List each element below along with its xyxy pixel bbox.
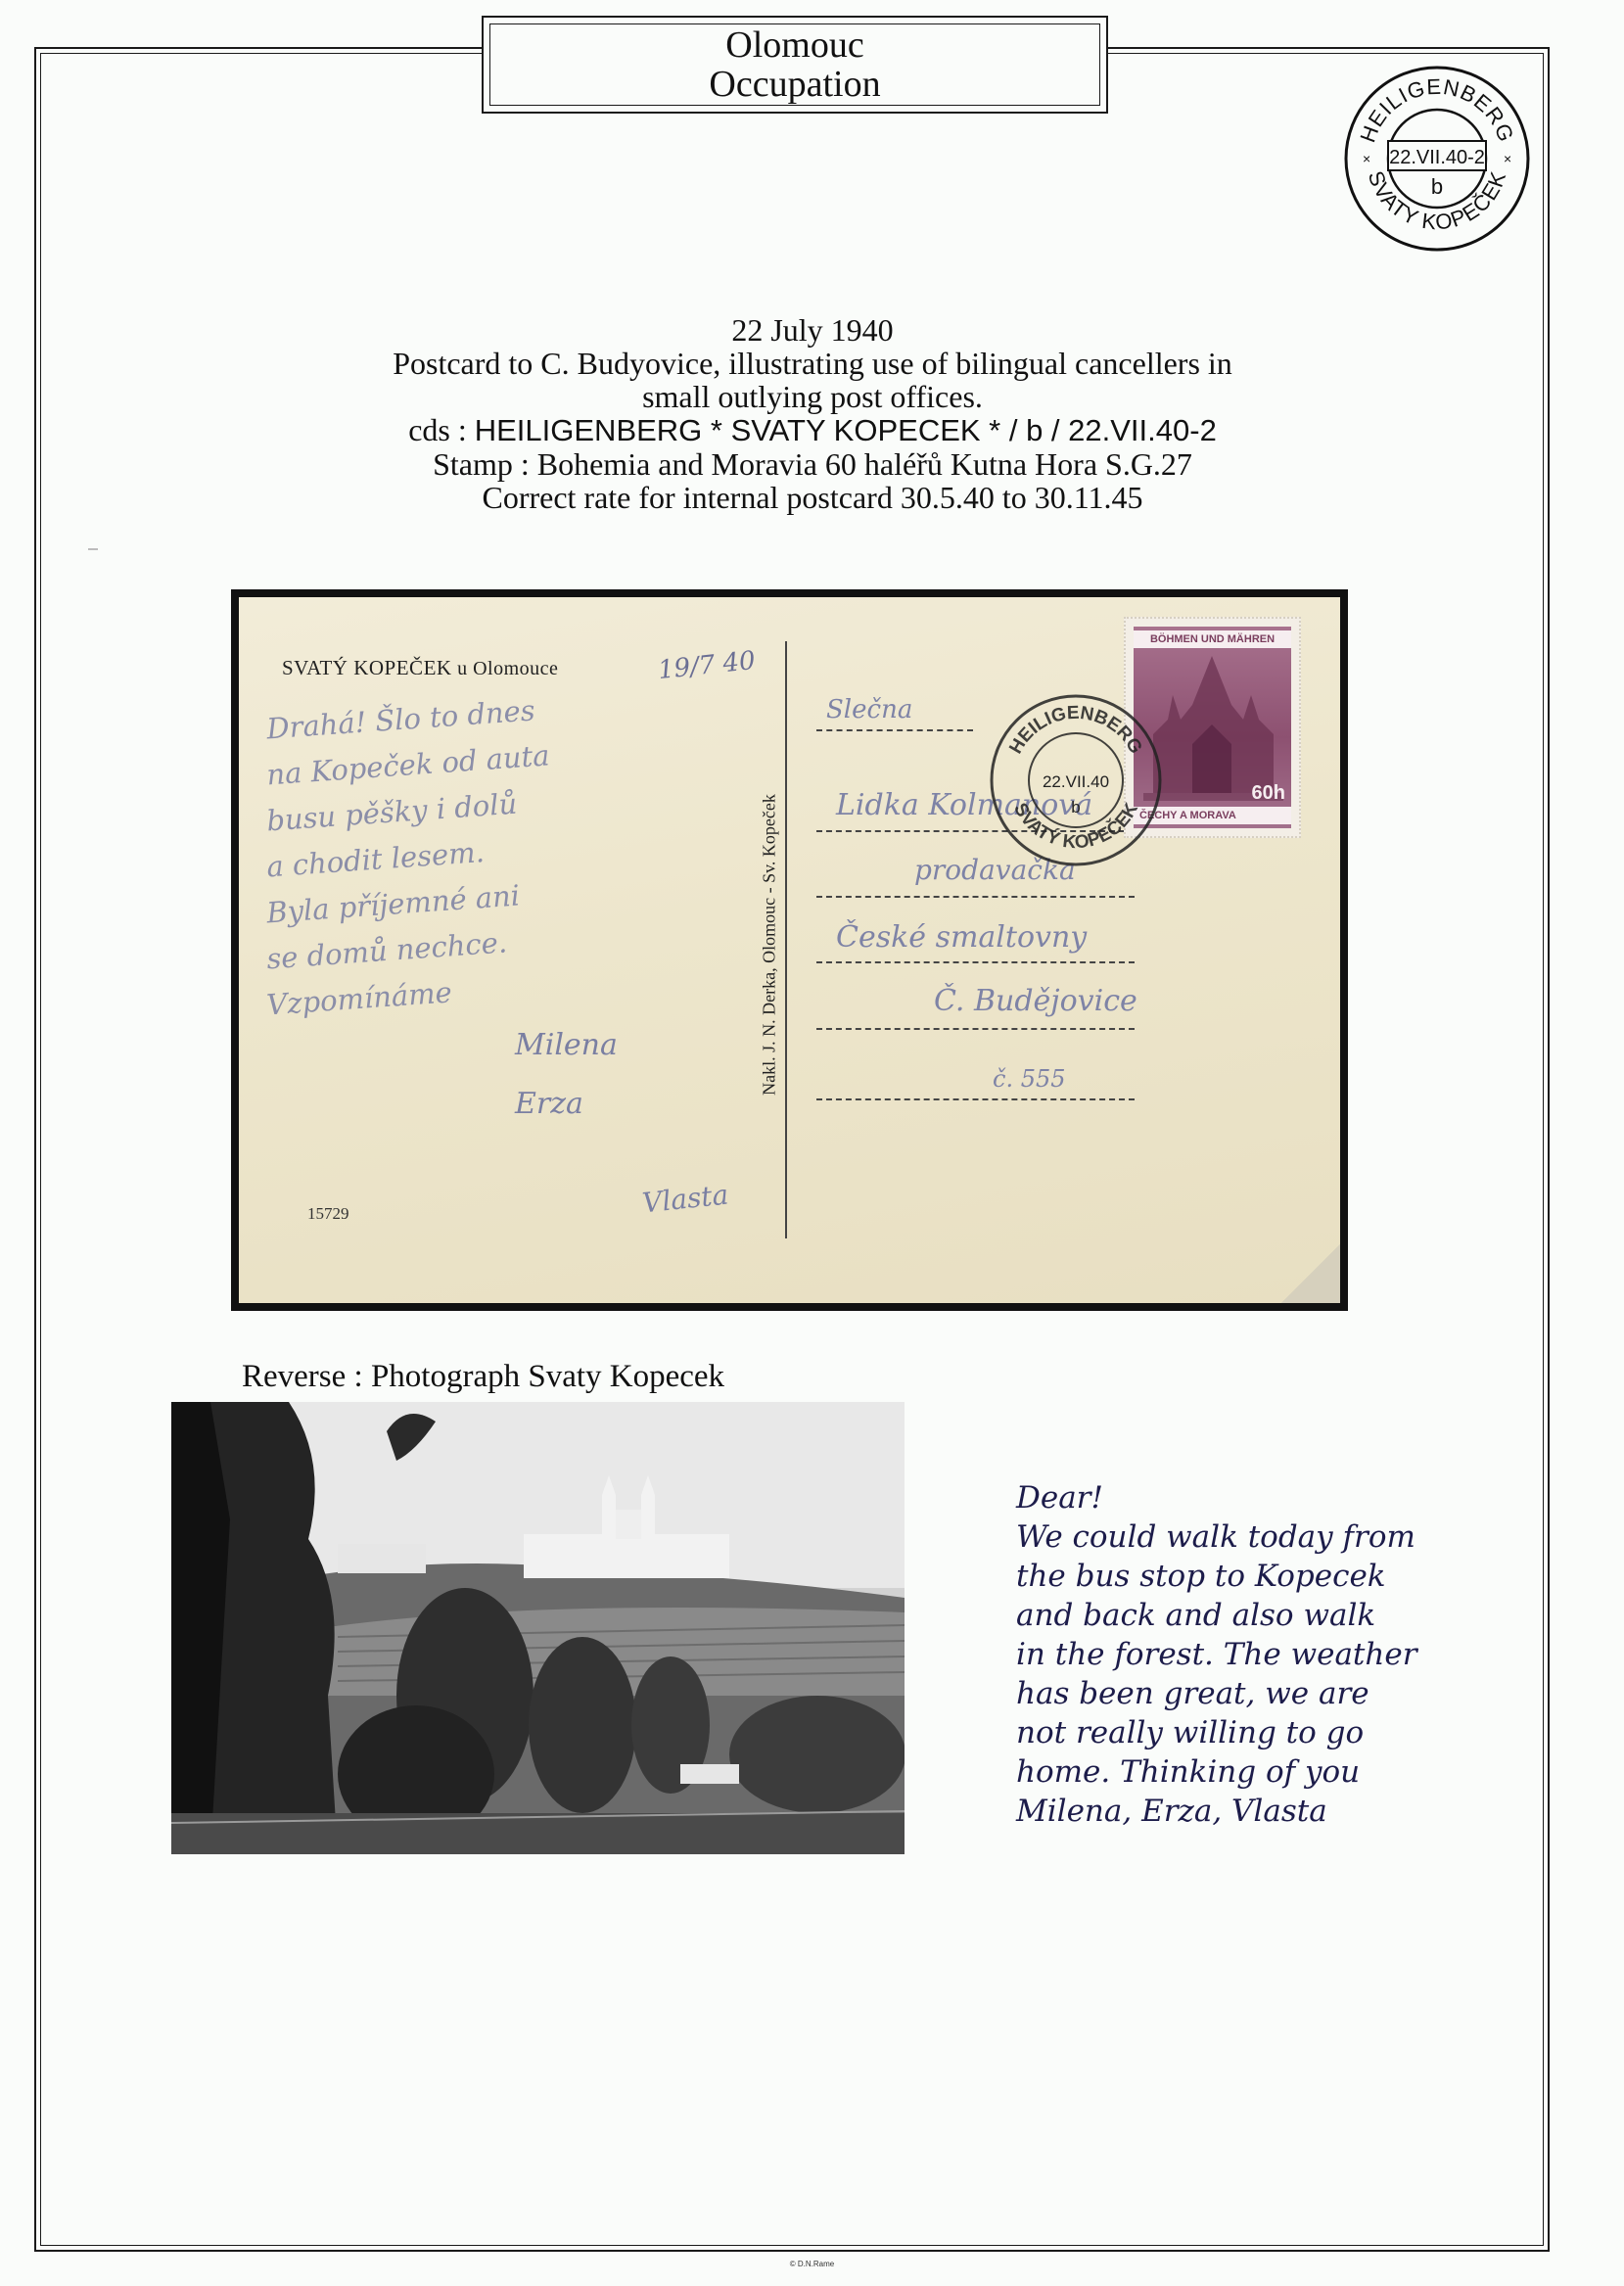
page-title: Olomouc [725,25,863,65]
signature-erza: Erza [515,1087,583,1121]
address-line-6: č. 555 [993,1065,1066,1093]
svg-text:×: × [1363,151,1370,166]
svg-text:b: b [1071,798,1080,816]
postmark-date: 22.VII.40-2 [1389,147,1485,168]
postmark-illustration: HEILIGENBERG SVATY KOPEČEK × × 22.VII.40… [1339,61,1535,257]
handwritten-date: 19/7 40 [657,646,757,685]
description: 22 July 1940 Postcard to C. Budyovice, i… [196,313,1429,514]
postcard-header: SVATÝ KOPEČEK u Olomouce [282,656,558,680]
description-stamp: Stamp : Bohemia and Moravia 60 haléřů Ku… [196,447,1429,481]
postcard-divider [785,641,787,1238]
address-line-1: Slečna [826,695,912,724]
description-rate: Correct rate for internal postcard 30.5.… [196,481,1429,514]
handwritten-message: Drahá! Šlo to dnes na Kopeček od auta bu… [266,695,589,1017]
translation-text: Dear! We could walk today from the bus s… [1016,1478,1525,1831]
description-line-1: Postcard to C. Budyovice, illustrating u… [196,347,1429,380]
cds-value: HEILIGENBERG * SVATY KOPECEK * / b / 22.… [475,413,1217,447]
copyright-footer: © D.N.Rame [0,2260,1624,2268]
publisher-imprint: Nakl. J. N. Derka, Olomouc - Sv. Kopeček [758,690,781,1199]
postcard-front: SVATÝ KOPEČEK u Olomouce 19/7 40 Drahá! … [231,589,1348,1311]
reverse-photograph [171,1402,905,1854]
signature-vlasta: Vlasta [641,1178,730,1219]
card-number: 15729 [307,1204,349,1224]
address-line-5: Č. Budějovice [934,984,1137,1018]
cancellation-mark: HEILIGENBERG SVATÝ KOPEČEK 22.VII.40 b [983,687,1169,873]
signature-milena: Milena [515,1028,618,1062]
svg-text:22.VII.40: 22.VII.40 [1043,772,1109,791]
reverse-caption: Reverse : Photograph Svaty Kopecek [242,1359,724,1395]
scan-speck [88,548,98,550]
description-date: 22 July 1940 [196,313,1429,347]
title-box: Olomouc Occupation [482,16,1108,114]
description-cds: cds : HEILIGENBERG * SVATY KOPECEK * / b… [196,413,1429,447]
svg-text:×: × [1504,151,1511,166]
postmark-letter: b [1431,174,1443,199]
description-line-2: small outlying post offices. [196,380,1429,413]
address-line-4: České smaltovny [836,920,1087,955]
page-subtitle: Occupation [709,65,880,104]
